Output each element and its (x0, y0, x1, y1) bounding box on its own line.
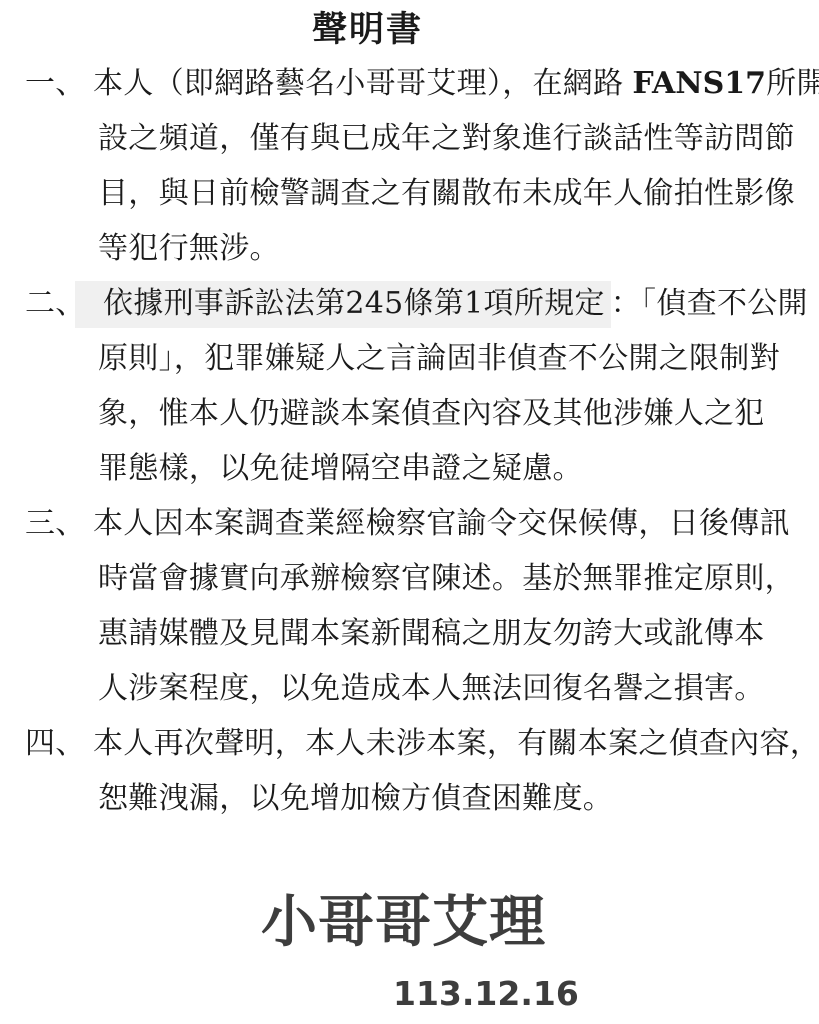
item-1-marker: 一、 (25, 56, 93, 111)
item-3-line-4: 人涉案程度，以免造成本人無法回復名譽之損害。 (25, 661, 801, 716)
item-2-line-3: 象，惟本人仍避談本案偵查內容及其他涉嫌人之犯 (25, 386, 801, 441)
item-4-line-1: 四、本人再次聲明，本人未涉本案，有關本案之偵查內容， (25, 716, 801, 771)
item-1-line-4: 等犯行無涉。 (25, 221, 801, 276)
item-3-line-3: 惠請媒體及見聞本案新聞稿之朋友勿誇大或訛傳本 (25, 606, 801, 661)
signature-name: 小哥哥艾理 (261, 886, 546, 958)
statement-item-4: 四、本人再次聲明，本人未涉本案，有關本案之偵查內容， 恕難洩漏，以免增加檢方偵查… (25, 716, 801, 826)
item-2-line-2: 原則」，犯罪嫌疑人之言論固非偵查不公開之限制對 (25, 331, 801, 386)
signature-date: 113.12.16 (393, 974, 579, 1014)
item-1-channel-name: FANS17 (632, 66, 766, 101)
statement-item-1: 一、本人（即網路藝名小哥哥艾理），在網路FANS17所開 設之頻道，僅有與已成年… (25, 56, 801, 276)
document-title: 聲明書 (312, 10, 423, 50)
statement-item-3: 三、本人因本案調查業經檢察官諭令交保候傳，日後傳訊 時當會據實向承辦檢察官陳述。… (25, 496, 801, 716)
item-1-line-1-text: 本人（即網路藝名小哥哥艾理），在網路 (93, 66, 623, 101)
item-1-line-3: 目，與日前檢警調查之有關散布未成年人偷拍性影像 (25, 166, 801, 221)
item-2-line-4: 罪態樣，以免徒增隔空串證之疑慮。 (25, 441, 801, 496)
item-1-line-1-end: 所開 (766, 66, 819, 101)
item-2-line-1-end: ：「偵查不公開 (611, 286, 808, 321)
item-4-line-2: 恕難洩漏，以免增加檢方偵查困難度。 (25, 771, 801, 826)
document-body: 一、本人（即網路藝名小哥哥艾理），在網路FANS17所開 設之頻道，僅有與已成年… (0, 56, 819, 826)
statement-document: 聲明書 一、本人（即網路藝名小哥哥艾理），在網路FANS17所開 設之頻道，僅有… (0, 0, 819, 1024)
item-1-line-2: 設之頻道，僅有與已成年之對象進行談話性等訪問節 (25, 111, 801, 166)
item-3-line-1-text: 本人因本案調查業經檢察官諭令交保候傳，日後傳訊 (93, 506, 790, 541)
item-4-line-1-text: 本人再次聲明，本人未涉本案，有關本案之偵查內容， (93, 726, 819, 761)
item-3-line-2: 時當會據實向承辦檢察官陳述。基於無罪推定原則， (25, 551, 801, 606)
item-4-marker: 四、 (25, 716, 93, 771)
item-3-line-1: 三、本人因本案調查業經檢察官諭令交保候傳，日後傳訊 (25, 496, 801, 551)
item-2-line-1: 二、依據刑事訴訟法第245條第1項所規定：「偵查不公開 (25, 276, 801, 331)
item-1-line-1: 一、本人（即網路藝名小哥哥艾理），在網路FANS17所開 (25, 56, 801, 111)
item-3-marker: 三、 (25, 496, 93, 551)
statement-item-2: 二、依據刑事訴訟法第245條第1項所規定：「偵查不公開 原則」，犯罪嫌疑人之言論… (25, 276, 801, 496)
item-2-law-citation-highlight: 依據刑事訴訟法第245條第1項所規定 (75, 281, 611, 328)
signature-block: 小哥哥艾理 113.12.16 (0, 886, 819, 1014)
